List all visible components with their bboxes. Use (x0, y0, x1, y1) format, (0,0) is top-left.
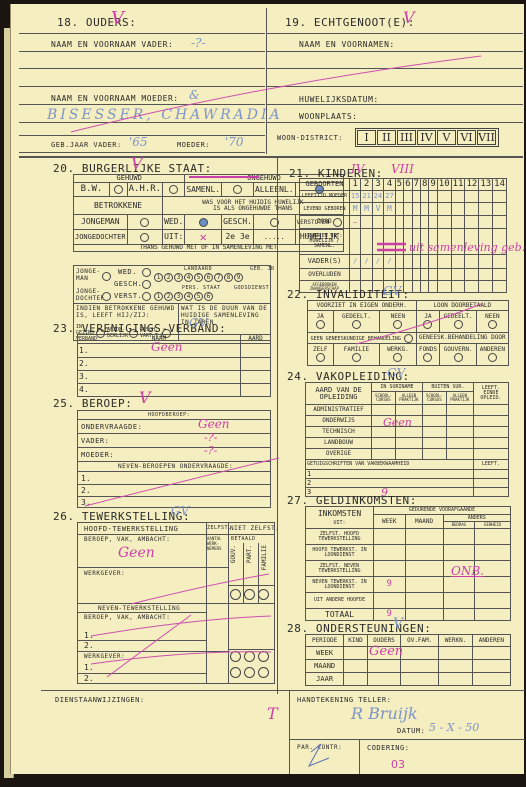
third-marriage[interactable]: 3e (240, 232, 250, 241)
section-28-mark: V (393, 616, 403, 632)
child-col-2: 2 (361, 179, 372, 191)
out-sur-praktijk: ALLEEN PRAKTIJK (446, 392, 473, 405)
amount-header: BEDRAG (443, 522, 475, 529)
income-row-3: ZELFST. NEVEN TEWERKSTELLING (306, 561, 374, 577)
respondent-occupation-value[interactable]: Geen (198, 417, 230, 431)
treat-werkg-radio[interactable] (393, 353, 402, 362)
spouse-name-label: NAAM EN VOORNAMEN: (299, 40, 395, 49)
section-26-mark: GV (171, 504, 189, 518)
child-col-4: 4 (384, 179, 395, 191)
section-18-check: V (111, 8, 124, 29)
census-form-page: 18. OUDERS: V NAAM EN VOORNAAM VADER: -?… (10, 4, 524, 774)
outside-suriname-header: BUITEN SUR. (422, 383, 473, 392)
main-employment-header: HOOFD-TEWERKSTELLING (84, 525, 178, 533)
section-23-mark: GV (189, 316, 207, 330)
uit-label: UIT: (163, 230, 185, 245)
child-col-11: 11 (451, 179, 465, 191)
coding-value[interactable]: 03 (391, 758, 405, 771)
born-from-label: GEBOREN UIT: HUWELIJK / SAMENL. (300, 229, 350, 255)
income-row-2: HOOFD TEWERKST. IN LOONDIENST (306, 545, 374, 561)
unit-header: EENHEID (475, 522, 511, 529)
indien-label: INDIEN BETROKKENE GEHUWD IS, LEEFT HIJ/Z… (76, 305, 176, 319)
district-4[interactable]: IV (417, 130, 436, 145)
paid-options (230, 589, 269, 600)
wage-header: LOON DOORBETAALD (416, 301, 508, 311)
father-1[interactable]: / (349, 255, 360, 269)
support-row-week: WEEK (306, 647, 344, 660)
income-header: INKOMSTEN (318, 509, 361, 518)
living-born-3[interactable]: V (372, 203, 383, 216)
treat-gouvern: GOUVERN. (444, 346, 473, 353)
child-col-7: 7 (412, 179, 420, 191)
side-occupation-1[interactable]: 1. (81, 474, 91, 483)
coding-label: CODERING: (367, 744, 409, 752)
jongedochter-radio[interactable] (140, 233, 149, 242)
support-col-employer: WERKN. (439, 635, 472, 647)
age-mother-2[interactable]: 21 (361, 191, 372, 203)
training-other: OVERIGE (306, 449, 372, 460)
landaard-5[interactable]: 5 (194, 273, 203, 282)
family-radio[interactable] (258, 589, 269, 600)
main-occupation-header: HOOFDBEROEP: (148, 412, 190, 418)
occupation-box: HOOFDBEROEP: ONDERVRAAGDE: Geen VADER: -… (77, 410, 271, 508)
section-25-title: 25. BEROEP: (53, 397, 132, 410)
gov-radio[interactable] (230, 589, 241, 600)
treat-anderen-radio[interactable] (488, 353, 497, 362)
income-week-header: WEEK (374, 515, 406, 529)
district-5[interactable]: V (437, 130, 456, 145)
section-21-mark-2: VIII (391, 162, 414, 176)
marriage-date-label: HUWELIJKSDATUM: (299, 95, 379, 104)
association-value[interactable]: Geen (151, 340, 183, 354)
second-marriage[interactable]: 2e (225, 232, 235, 241)
treat-zelf: ZELF (313, 346, 327, 353)
income-row-4-week[interactable]: 9 (374, 577, 406, 593)
mother-occupation-label: MOEDER: (81, 451, 114, 459)
pers-staat-label: PERS. STAAT (182, 285, 221, 291)
jongeman-label: JONGEMAN (74, 215, 128, 230)
landaard-4[interactable]: 4 (184, 273, 193, 282)
section-18-title: 18. OUDERS: (57, 16, 136, 29)
income-total-label: TOTAAL (306, 609, 374, 621)
births-header: GEBOORTEN (300, 179, 350, 191)
spouse-verst-label: VERST. (114, 292, 142, 300)
side-profession-label: BEROEP, VAK, AMBACHT: (84, 614, 170, 621)
assoc-row-3[interactable]: 3. (78, 371, 241, 384)
landaard-7[interactable]: 7 (214, 273, 223, 282)
opt-neen-2: NEEN (485, 313, 499, 320)
landaard-6[interactable]: 6 (204, 273, 213, 282)
spouse-wed-label: WED. (118, 268, 137, 276)
alleenl-label: ALLEENL. (253, 183, 295, 197)
certificates-age-header: LEEFT. (473, 460, 508, 470)
marriage-dots: ..... (253, 230, 295, 245)
par-contr-label: PAR. CONTR: (297, 744, 342, 751)
district-2[interactable]: II (377, 130, 396, 145)
opt-ja-1: JA (317, 313, 324, 320)
bw-radio[interactable] (114, 185, 123, 194)
jonge-dochter-label: JONGE-DOCHTER (76, 288, 100, 302)
income-row-1: ZELFST. HOOFD TEWERKSTELLING (306, 529, 374, 545)
district-selector[interactable]: I II III IV V VI VII (355, 128, 499, 147)
living-born-2[interactable]: M (361, 203, 372, 216)
opt-gedeelt-2: GEDEELT. (444, 313, 473, 320)
opt-neen-1: NEEN (391, 313, 405, 320)
father-birth-year-label: GEB.JAAR VADER: (51, 141, 122, 149)
training-table: AARD VAN DE OPLEIDINGIN SURINAMEBUITEN S… (305, 382, 509, 497)
date-label: DATUM: (397, 727, 425, 735)
training-admin: ADMINISTRATIEF (306, 405, 372, 416)
jonge-man-radio[interactable] (102, 272, 111, 281)
is-als-text: IS ALS ONGEHUWDE THANS (213, 205, 292, 212)
married-header: GEHUWD (74, 175, 185, 183)
spouse-gesch-label: GESCH. (114, 280, 142, 288)
main-profession-label: BEROEP, VAK, AMBACHT: (84, 536, 170, 543)
private-radio[interactable] (244, 589, 255, 600)
side-gov-radio-1[interactable] (230, 651, 241, 662)
self-neen-radio[interactable] (393, 320, 402, 329)
side-employer-1[interactable]: 1. (84, 663, 94, 672)
self-employed-header: ZELFST. (207, 525, 232, 531)
private-label: PART. (246, 545, 253, 563)
opt-ja-2: JA (424, 313, 431, 320)
training-type-header: AARD VAN DE OPLEIDING (306, 383, 372, 405)
deceased-label: OVERLUDEN (300, 269, 350, 281)
counter-signature[interactable]: R Bruijk (351, 704, 418, 723)
paid-label: BETAALD (231, 536, 256, 542)
father-name-label: NAAM EN VOORNAAM VADER: (51, 40, 173, 49)
child-col-9: 9 (429, 179, 437, 191)
betrokkene-label: BETROKKENE (74, 197, 163, 215)
age-mother-label: LEEFTIJD MOEDER (300, 191, 350, 203)
income-unknown[interactable]: ONB. (451, 564, 484, 578)
t-mark: T (267, 704, 278, 723)
mother-name-label: NAAM EN VOORNAAM MOEDER: (51, 94, 179, 103)
residence-label: WOONPLAATS: (299, 112, 357, 121)
section-20-check: V (131, 154, 143, 173)
landaard-label: LANDAARD (184, 266, 212, 272)
child-col-1: 1 (349, 179, 360, 191)
pers-staat-2[interactable]: 2 (164, 292, 173, 301)
side-employer-2[interactable]: 2. (84, 674, 94, 683)
support-row-year: JAAR (306, 673, 344, 686)
assoc-type-header: AARD (241, 335, 271, 344)
landaard-options: 1 2 3 4 5 6 7 8 9 (154, 273, 243, 282)
bw-label: B.W. (74, 183, 110, 197)
spouse-verst-radio[interactable] (142, 292, 151, 301)
landaard-3[interactable]: 3 (174, 273, 183, 282)
godsdienst-label: GODSDIENST (234, 285, 269, 291)
mother-mark: & (189, 88, 200, 102)
training-agriculture: LANDBOUW (306, 438, 372, 449)
age-mother-3[interactable]: 24 (372, 191, 383, 203)
wage-ja-radio[interactable] (423, 320, 432, 329)
certificates-header: GETUIGSCHRIFTEN VAN VAKBEKWAAMHEID (306, 460, 474, 470)
side-paid-options-2 (230, 667, 269, 678)
dead-label: DOOD (300, 216, 350, 229)
employment-box: HOOFD-TEWERKSTELLING ZELFST. NIET ZELFST… (77, 522, 275, 684)
treat-werkg: WERKG. (387, 346, 409, 353)
in-sur-school: SCHOOL-CURSUS (372, 392, 396, 405)
treat-fonds-radio[interactable] (423, 353, 432, 362)
side-profession-2[interactable]: 2. (84, 641, 94, 650)
district-7[interactable]: VII (477, 130, 496, 145)
treat-gouvern-radio[interactable] (454, 353, 463, 362)
certificate-2[interactable]: 2 (306, 479, 474, 488)
ahr-label: A.H.R. (127, 183, 163, 197)
self-gedeelt-radio[interactable] (352, 320, 361, 329)
living-born-1[interactable]: M (349, 203, 360, 216)
opt-gedeelt-1: GEDEELT. (342, 313, 371, 320)
certificate-1[interactable]: 1 (306, 470, 474, 479)
training-technical: TECHNISCH (306, 427, 372, 438)
living-born-label: LEVEND GEBOREN (300, 203, 350, 216)
pers-staat-options: 1 2 3 4 5 6 (154, 292, 213, 301)
district-1[interactable]: I (357, 130, 376, 145)
support-col-period: PERIODE (306, 635, 344, 647)
section-21-mark-1: IV (351, 162, 364, 176)
side-paid-options-1 (230, 651, 269, 662)
gesch-label: GESCH. (222, 215, 254, 230)
respondent-occupation-label: ONDERVRAAGDE: (81, 423, 142, 431)
income-from-label: UIT: (333, 520, 345, 526)
wage-gedeelt-radio[interactable] (454, 320, 463, 329)
in-suriname-header: IN SURINAME (372, 383, 423, 392)
end-age-header: LEEFT. EINDE OPLEID. (473, 383, 508, 405)
side-occupation-3[interactable]: 3. (81, 498, 91, 507)
children-note: uit samenleving geb. (409, 241, 525, 254)
samenl-radio[interactable] (233, 185, 242, 194)
father-2[interactable]: / (361, 255, 372, 269)
income-month-header: MAAND (405, 515, 443, 529)
invalidity-table: VOORZIET IN EIGEN ONDERH.LOON DOORBETAAL… (307, 300, 509, 366)
side-occupation-2[interactable]: 2. (81, 486, 91, 495)
preceding-header: GEDURENDE VOORAFGAANDE (374, 507, 511, 515)
child-col-5: 5 (395, 179, 403, 191)
section-22-mark: GV (383, 284, 401, 298)
father-occupation-label: VADER: (81, 437, 109, 445)
mother-birth-year-label: MOEDER: (177, 141, 210, 149)
employees-count-label: AANTAL WERK-NEMERS (207, 536, 227, 551)
self-support-header: VOORZIET IN EIGEN ONDERH. (308, 301, 417, 311)
date-value[interactable]: 5 - X - 50 (429, 721, 479, 734)
jonge-dochter-radio[interactable] (102, 292, 111, 301)
support-value[interactable]: Geen (369, 644, 403, 659)
training-education: ONDERWIJS (306, 416, 372, 427)
district-label: WOON-DISTRICT: (277, 134, 343, 142)
child-col-12: 12 (465, 179, 479, 191)
income-row-4: NEVEN TEWERKST. IN LOONDIENST (306, 577, 374, 593)
side-employer-label: WERKGEVER: (84, 653, 125, 660)
father-occupation-value[interactable]: -?- (204, 431, 217, 444)
father-birth-year-value[interactable]: '65 (129, 135, 148, 149)
district-3[interactable]: III (397, 130, 416, 145)
assoc-row-2[interactable]: 2. (78, 358, 241, 371)
support-col-child: KIND (344, 635, 368, 647)
section-25-check: V (139, 388, 151, 407)
income-row-5: UIT ANDERE HOOFDE (306, 593, 374, 609)
pers-staat-3[interactable]: 3 (174, 292, 183, 301)
child-col-6: 6 (404, 179, 412, 191)
living-born-4[interactable]: M (384, 203, 395, 216)
landaard-1[interactable]: 1 (154, 273, 163, 282)
child-col-10: 10 (437, 179, 451, 191)
treat-familie: FAMILIE (344, 346, 369, 353)
side-gov-radio-2[interactable] (230, 667, 241, 678)
support-row-month: MAAND (306, 660, 344, 673)
out-sur-school: SCHOOL-CURSUS (422, 392, 446, 405)
not-self-employed-header: NIET ZELFST. (230, 525, 279, 532)
counter-signature-label: HANDTEKENING TELLER: (297, 696, 391, 704)
no-treatment-radio[interactable] (404, 334, 413, 343)
jonge-man-label: JONGE-MAN (76, 268, 100, 282)
landaard-2[interactable]: 2 (164, 273, 173, 282)
spouse-gesch-radio[interactable] (142, 280, 151, 289)
ahr-radio[interactable] (169, 185, 178, 194)
support-col-others: ANDEREN (472, 635, 510, 647)
landaard-9[interactable]: 9 (234, 273, 243, 282)
pers-staat-6[interactable]: 6 (204, 292, 213, 301)
jongeman-radio[interactable] (140, 218, 149, 227)
fathers-label: VADER(S) (300, 255, 350, 269)
wed-label: WED. (163, 215, 185, 230)
side-family-radio-2[interactable] (258, 667, 269, 678)
child-col-3: 3 (372, 179, 383, 191)
side-occupations-header: NEVEN-BEROEPEN ONDERVRAAGDE: (118, 463, 233, 470)
pers-staat-4[interactable]: 4 (184, 292, 193, 301)
age-mother-1[interactable]: 15 (349, 191, 360, 203)
wed-radio-selected[interactable] (199, 218, 208, 227)
father-name-value[interactable]: -?- (191, 36, 206, 50)
support-col-family: OV.FAM. (401, 635, 439, 647)
treat-familie-radio[interactable] (352, 353, 361, 362)
assoc-row-4[interactable]: 4. (78, 384, 241, 397)
no-treatment-label: GEEN GENEESKUNDIGE BEHANDELING (311, 336, 401, 342)
child-col-8: 8 (420, 179, 428, 191)
section-19-title: 19. ECHTGENOOT(E): (285, 16, 415, 29)
jongedochter-label: JONGEDOCHTER (74, 230, 128, 245)
mother-occupation-value[interactable]: -?- (204, 444, 217, 457)
section-24-mark: GV (387, 366, 405, 380)
service-instructions-label: DIENSTAANWIJZINGEN: (55, 696, 145, 704)
treatment-by-label: GENEESK.BEHANDELING DOOR (416, 333, 508, 344)
side-private-radio-2[interactable] (244, 667, 255, 678)
side-private-radio-1[interactable] (244, 651, 255, 662)
side-family-radio-1[interactable] (258, 651, 269, 662)
employer-label: WERKGEVER: (84, 570, 125, 577)
section-27-mark: 9 (381, 486, 388, 499)
child-col-13: 13 (479, 179, 493, 191)
gov-label: GOUV. (230, 545, 237, 563)
pers-staat-5[interactable]: 5 (194, 292, 203, 301)
section-19-check: V (403, 8, 415, 27)
self-ja-radio[interactable] (316, 320, 325, 329)
pers-staat-1[interactable]: 1 (154, 292, 163, 301)
child-col-14: 14 (493, 179, 507, 191)
treat-fonds: FONDS (419, 346, 437, 353)
father-4[interactable]: / (384, 255, 395, 269)
side-profession-1[interactable]: 1. (84, 631, 94, 640)
geb-jr-label: GEB. JR (250, 266, 275, 272)
spouse-wed-radio[interactable] (142, 268, 151, 277)
district-6[interactable]: VI (457, 130, 476, 145)
training-value[interactable]: Geen (383, 416, 412, 429)
income-other-header: ANDERS (443, 515, 510, 522)
support-table: PERIODEKINDOUDERSOV.FAM.WERKN.ANDEREN WE… (305, 634, 511, 686)
in-sur-praktijk: ALLEEN PRAKTIJK (395, 392, 422, 405)
main-profession-value[interactable]: Geen (118, 545, 155, 561)
treat-zelf-radio[interactable] (316, 353, 325, 362)
age-mother-4[interactable]: 27 (384, 191, 395, 203)
wage-neen-radio[interactable] (488, 320, 497, 329)
father-3[interactable]: / (372, 255, 383, 269)
treat-anderen: ANDEREN (480, 346, 505, 353)
side-employment-header: NEVEN-TEWERKSTELLING (98, 605, 180, 612)
samenl-label: SAMENL. (185, 183, 222, 197)
children-table: GEBOORTEN 1234567891011121314 LEEFTIJD M… (299, 178, 507, 293)
landaard-8[interactable]: 8 (224, 273, 233, 282)
mother-birth-year-value[interactable]: '70 (225, 135, 244, 149)
family-label: FAMILIE (261, 545, 268, 570)
mother-name-value[interactable]: BISESSER, CHAWRADIA (47, 107, 283, 123)
